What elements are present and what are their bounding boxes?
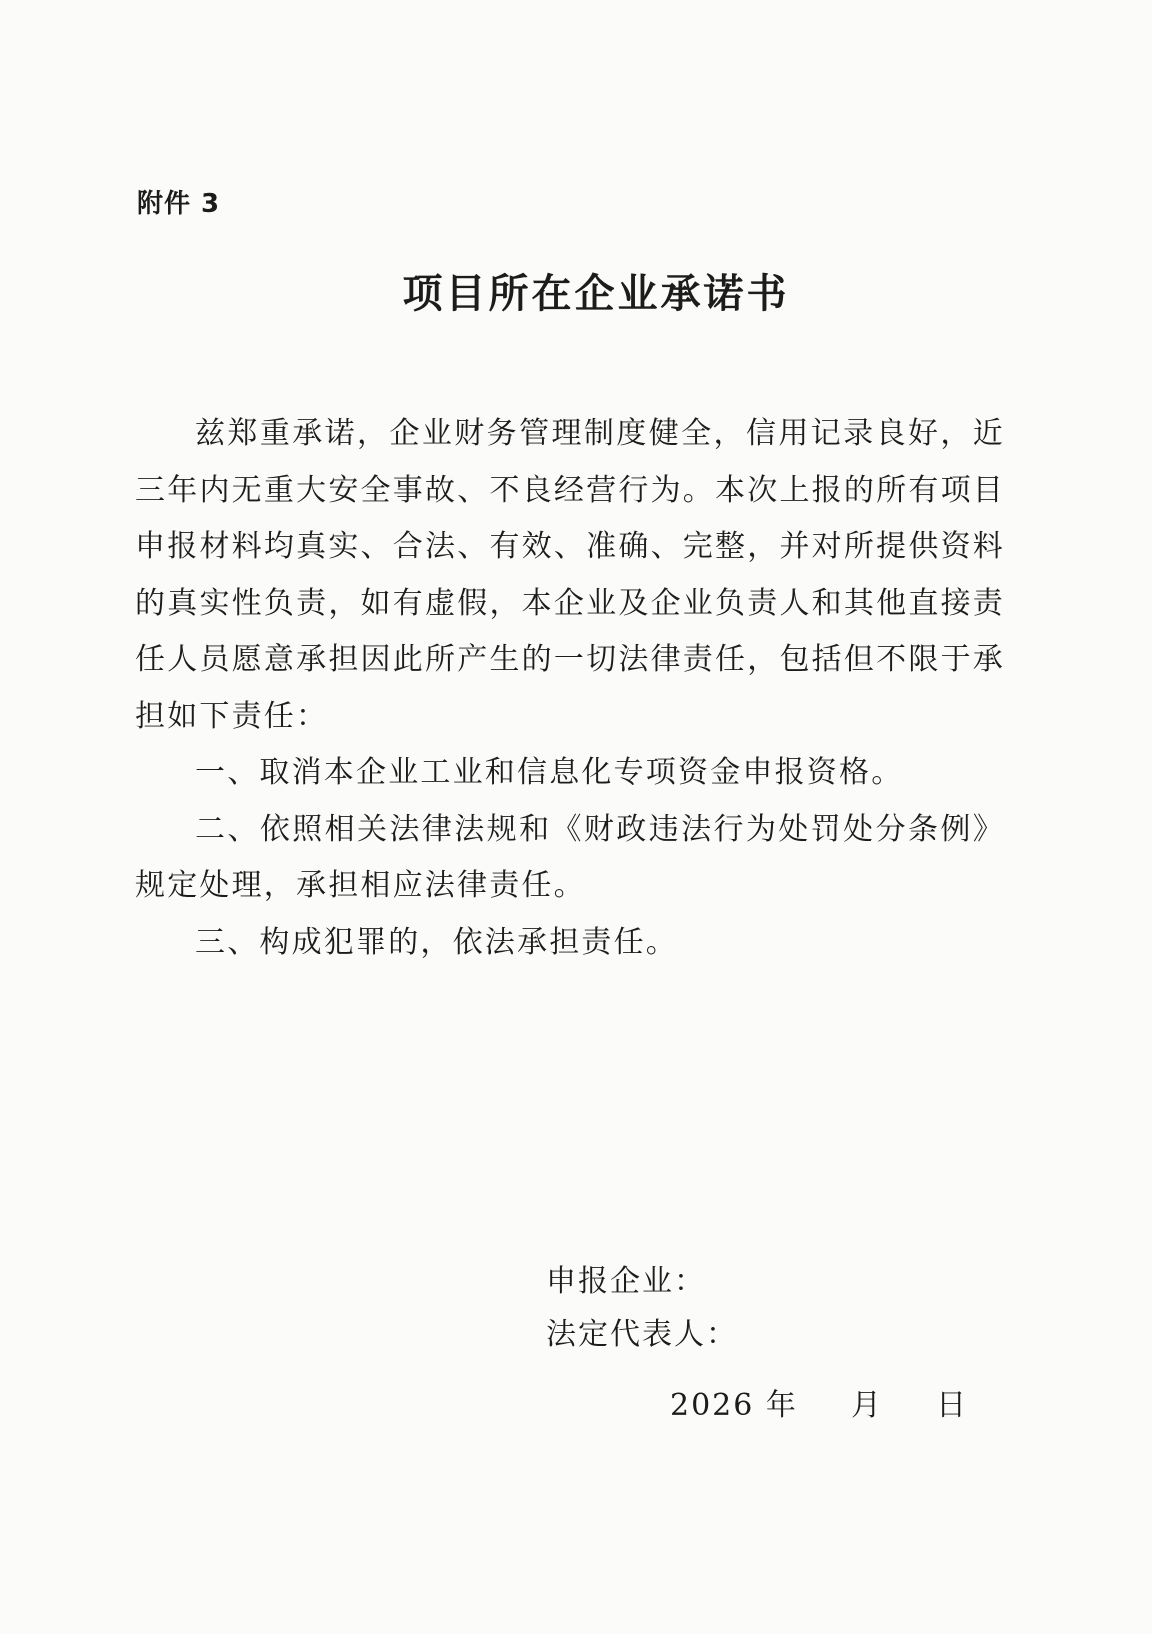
document-page: 附件 3 项目所在企业承诺书 兹郑重承诺，企业财务管理制度健全，信用记录良好，近… — [0, 0, 1152, 1634]
date-year: 2026 — [670, 1388, 754, 1423]
applicant-company-label: 申报企业： — [546, 1255, 738, 1308]
attachment-label: 附件 3 — [137, 183, 220, 220]
document-body: 兹郑重承诺，企业财务管理制度健全，信用记录良好，近三年内无重大安全事故、不良经营… — [135, 406, 1005, 971]
document-title: 项目所在企业承诺书 — [0, 262, 1152, 319]
date-day-unit: 日 — [936, 1380, 968, 1424]
liability-item-3: 三、构成犯罪的，依法承担责任。 — [135, 915, 1005, 972]
date-year-unit: 年 — [766, 1380, 798, 1424]
date-month-unit: 月 — [851, 1380, 883, 1424]
liability-item-2: 二、依照相关法律法规和《财政违法行为处罚处分条例》规定处理，承担相应法律责任。 — [135, 802, 1005, 915]
liability-item-1: 一、取消本企业工业和信息化专项资金申报资格。 — [135, 745, 1005, 802]
signature-block: 申报企业： 法定代表人： — [546, 1255, 738, 1361]
legal-representative-label: 法定代表人： — [546, 1308, 738, 1361]
commitment-paragraph: 兹郑重承诺，企业财务管理制度健全，信用记录良好，近三年内无重大安全事故、不良经营… — [135, 406, 1005, 745]
signature-date: 2026 年 月 日 — [670, 1380, 968, 1424]
